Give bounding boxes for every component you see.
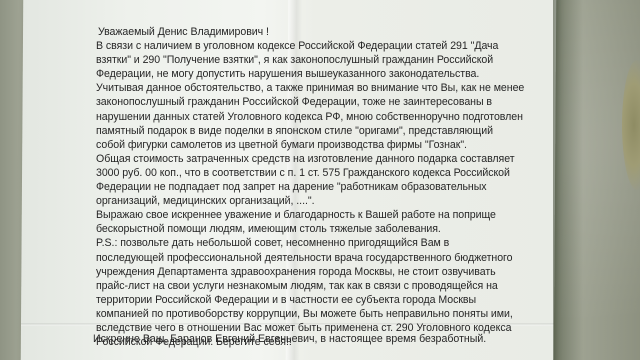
letter-line: компанией по противоборству коррупции, В… [96, 307, 526, 321]
letter-body: Уважаемый Денис Владимирович ! В связи с… [96, 25, 526, 349]
letter-line: памятный подарок в виде поделки в японск… [96, 124, 526, 138]
letter-line: Учитывая данное обстоятельство, а также … [96, 81, 526, 95]
letter-line: законопослушный гражданин Российской Фед… [96, 95, 526, 109]
letter-line: Федерации, не могу допустить нарушения в… [96, 67, 526, 81]
letter-line: организаций, медицинских организаций, ..… [96, 194, 526, 208]
letter-signature: Искренне Ваш, Баранов Евгений Евгеньевич… [93, 333, 486, 345]
letter-line: 3000 руб. 00 коп., что в соответствии с … [96, 166, 526, 180]
letter-line: учреждения Департамента здравоохранения … [96, 265, 526, 279]
paper-shadow [553, 0, 583, 360]
letter-greeting: Уважаемый Денис Владимирович ! [98, 25, 526, 39]
letter-line: собой фигурки самолетов из цветной бумаг… [96, 138, 526, 152]
letter-line: прайс-лист на свои услуги незнакомым люд… [96, 279, 526, 293]
letter-line: взятки" и 290 "Получение взятки", я как … [96, 53, 526, 67]
letter-line: последующей профессиональной деятельност… [96, 251, 526, 265]
letter-line: В связи с наличием в уголовном кодексе Р… [96, 39, 526, 53]
letter-line: Общая стоимость затраченных средств на и… [96, 152, 526, 166]
letter-line: территории Российской Федерации и в част… [96, 293, 526, 307]
letter-line: бескорыстной помощи людям, имеющим столь… [96, 222, 526, 236]
letter-line: Выражаю свое искреннее уважение и благод… [96, 208, 526, 222]
letter-line: нарушении данных статей Уголовного кодек… [96, 110, 526, 124]
letter-line: P.S.: позвольте дать небольшой совет, не… [96, 236, 526, 250]
letter-line: Федерации не подпадает под запрет на дар… [96, 180, 526, 194]
